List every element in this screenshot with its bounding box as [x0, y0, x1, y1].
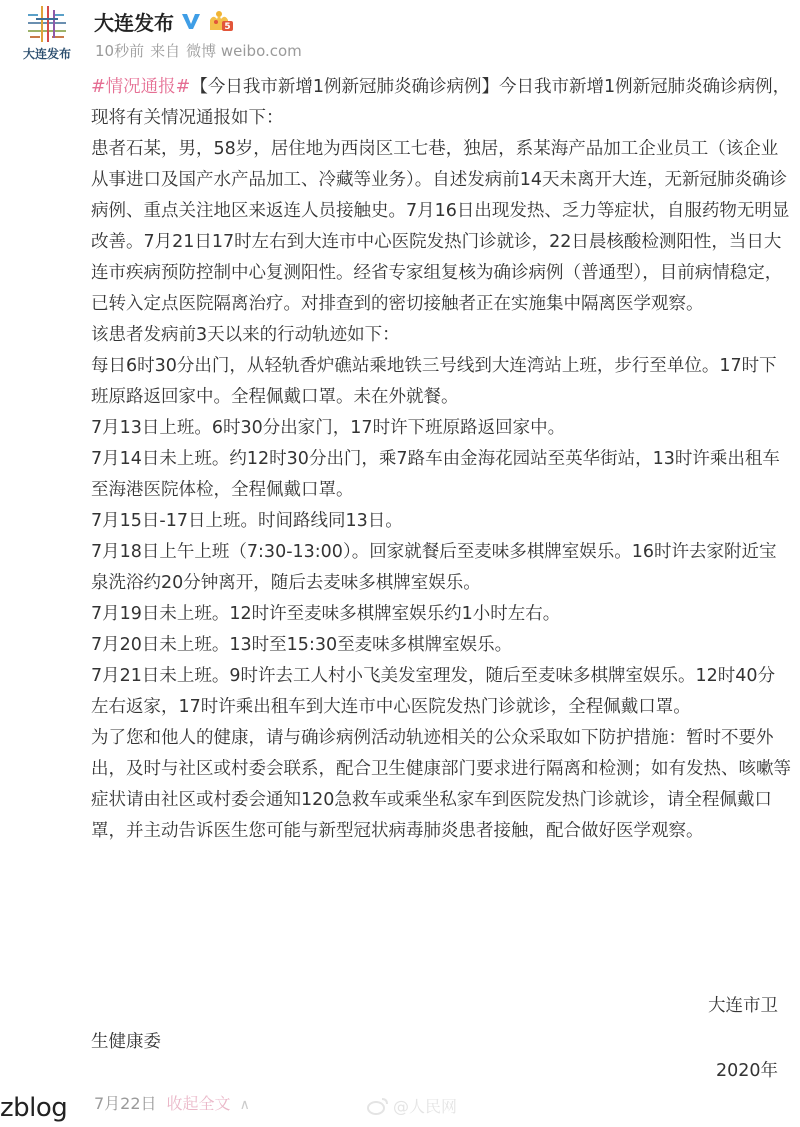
weibo-watermark: @人民网	[367, 1094, 457, 1117]
collapse-full-text-button[interactable]: 收起全文 ∧	[167, 1091, 250, 1114]
avatar[interactable]: 大连发布	[14, 4, 80, 66]
paragraph-7: 7月18日上午上班（7:30-13:00）。回家就餐后至麦味多棋牌室娱乐。16时…	[91, 537, 791, 599]
author-name[interactable]: 大连发布	[94, 7, 174, 36]
paragraph-9: 7月20日未上班。13时至15:30至麦味多棋牌室娱乐。	[91, 630, 791, 661]
post-content: #情况通报#【今日我市新增1例新冠肺炎确诊病例】今日我市新增1例新冠肺炎确诊病例…	[91, 72, 791, 847]
paragraph-11: 为了您和他人的健康，请与确诊病例活动轨迹相关的公众采取如下防护措施：暂时不要外出…	[91, 723, 791, 847]
signature-line-1: 大连市卫	[708, 992, 778, 1017]
chevron-up-icon: ∧	[240, 1097, 250, 1113]
avatar-label: 大连发布	[23, 45, 71, 62]
paragraph-8: 7月19日未上班。12时许至麦味多棋牌室娱乐约1小时左右。	[91, 599, 791, 630]
weibo-logo-icon	[367, 1097, 389, 1115]
source-prefix: 来自	[150, 40, 180, 61]
paragraph-0: #情况通报#【今日我市新增1例新冠肺炎确诊病例】今日我市新增1例新冠肺炎确诊病例…	[91, 72, 791, 134]
post-source[interactable]: 微博 weibo.com	[186, 40, 302, 61]
author-row: 大连发布 5	[94, 6, 234, 36]
svg-text:5: 5	[224, 22, 230, 32]
post-time[interactable]: 10秒前	[95, 40, 144, 61]
dalian-logo-icon	[24, 4, 70, 44]
post-footer: 7月22日 收起全文 ∧	[94, 1091, 250, 1114]
paragraph-5: 7月14日未上班。约12时30分出门，乘7路车由金海花园站至英华街站，13时许乘…	[91, 444, 791, 506]
post-meta: 10秒前 来自 微博 weibo.com	[95, 40, 302, 61]
site-watermark: zblog	[0, 1093, 67, 1123]
paragraph-3: 每日6时30分出门，从轻轨香炉礁站乘地铁三号线到大连湾站上班，步行至单位。17时…	[91, 351, 791, 413]
signature-line-3: 2020年	[716, 1057, 778, 1082]
hashtag-link[interactable]: #情况通报#	[91, 77, 190, 97]
paragraph-10: 7月21日未上班。9时许去工人村小飞美发室理发，随后至麦味多棋牌室娱乐。12时4…	[91, 661, 791, 723]
paragraph-4: 7月13日上班。6时30分出家门，17时许下班原路返回家中。	[91, 413, 791, 444]
paragraph-1: 患者石某，男，58岁，居住地为西岗区工七巷，独居，系某海产品加工企业员工（该企业…	[91, 134, 791, 320]
verified-v-icon	[180, 10, 202, 32]
paragraph-6: 7月15日-17日上班。时间路线同13日。	[91, 506, 791, 537]
paragraph-2: 该患者发病前3天以来的行动轨迹如下：	[91, 320, 791, 351]
crown-badge-icon: 5	[208, 10, 234, 32]
signature-line-2: 生健康委	[91, 1028, 161, 1053]
footer-date: 7月22日	[94, 1091, 157, 1114]
watermark-text: @人民网	[393, 1094, 457, 1117]
collapse-label: 收起全文	[167, 1094, 231, 1113]
